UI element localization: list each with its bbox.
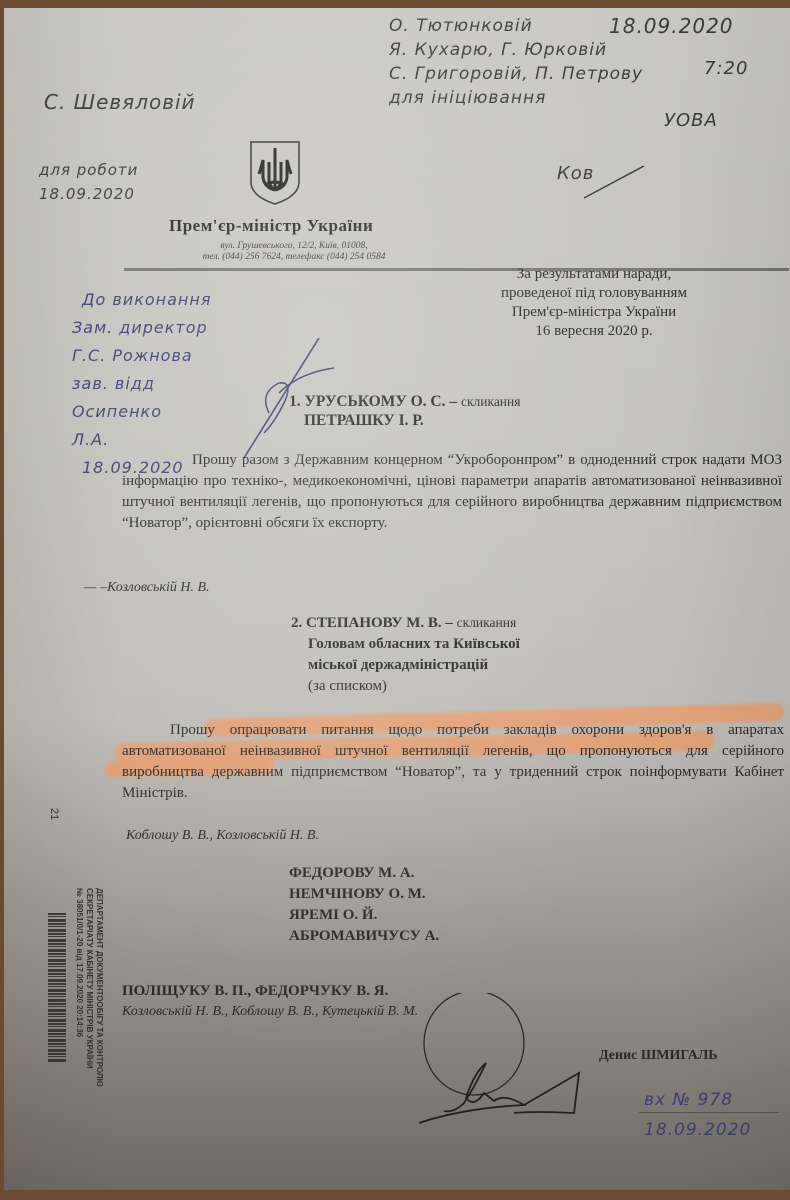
handwritten-line: Зам. директор: [72, 314, 211, 342]
stamp-line: № 38051/0/1-20 від 17.09.2020 20:14:36: [74, 888, 84, 1108]
stamp-line: ДЕПАРТАМЕНТ ДОКУМЕНТООБІГУ ТА КОНТРОЛЮ: [94, 888, 104, 1108]
handwritten-line: Осипенко: [72, 398, 211, 426]
ukraine-trident-emblem-icon: [247, 138, 303, 208]
incoming-registration: вх № 978 18.09.2020: [644, 1085, 751, 1145]
handwritten-addressee-left: С. Шевяловій: [44, 90, 196, 114]
resolution-date: 16 вересня 2020 р.: [474, 322, 714, 341]
recipient: НЕМЧІНОВУ О. М.: [289, 884, 439, 905]
item2-copy: Коблошу В. В., Козловській Н. В.: [126, 828, 319, 844]
recipient: ЯРЕМІ О. Й.: [289, 905, 439, 926]
document-page: О. Тютюнковій Я. Кухарю, Г. Юрковій С. Г…: [4, 8, 790, 1190]
resolution-line: За результатами наради,: [474, 265, 714, 284]
handwritten-line: Я. Кухарю, Г. Юрковій: [389, 38, 643, 62]
signer-name: Денис ШМИГАЛЬ: [599, 1048, 718, 1064]
recipients-list: ФЕДОРОВУ М. А. НЕМЧІНОВУ О. М. ЯРЕМІ О. …: [289, 863, 439, 947]
recipient: АБРОМАВИЧУСУ А.: [289, 926, 439, 947]
handwritten-line: О. Тютюнковій: [389, 14, 643, 38]
final-copy: Козловській Н. В., Коблошу В. В., Кутець…: [122, 1004, 418, 1020]
handwritten-line: для ініціювання: [389, 86, 643, 110]
item-number: 1.: [289, 393, 301, 410]
handwritten-line: 18.09.2020: [39, 182, 138, 206]
incoming-number: вх № 978: [644, 1085, 751, 1115]
handwritten-line: зав. відд: [72, 370, 211, 398]
item-addressee: СТЕПАНОВУ М. В. –: [306, 615, 453, 631]
handwritten-note: УОВА: [664, 110, 718, 131]
final-addressees: ПОЛІЩУКУ В. П., ФЕДОРЧУКУ В. Я.: [122, 983, 388, 1000]
item-co-addressee: Головам обласних та Київської: [291, 634, 520, 655]
handwritten-resolution-top-right: О. Тютюнковій Я. Кухарю, Г. Юрковій С. Г…: [389, 14, 643, 110]
item2-heading: 2. СТЕПАНОВУ М. В. – скликання Головам о…: [291, 612, 520, 697]
letterhead-title: Прем'єр-міністр України: [169, 216, 373, 236]
pm-signature-icon: [404, 993, 594, 1133]
incoming-date: 18.09.2020: [644, 1115, 751, 1145]
item-number: 2.: [291, 615, 302, 631]
item1-heading: 1. УРУСЬКОМУ О. С. – скликання: [289, 391, 520, 412]
item1-co-addressee: ПЕТРАШКУ І. Р.: [304, 412, 424, 430]
handwritten-date-top: 18.09.2020: [609, 14, 734, 38]
registration-stamp: ДЕПАРТАМЕНТ ДОКУМЕНТООБІГУ ТА КОНТРОЛЮ С…: [74, 888, 104, 1108]
item1-text: Прошу разом з Державним концерном “Укроб…: [122, 450, 782, 534]
handwritten-line: для роботи: [39, 158, 138, 182]
page-number: 21: [48, 808, 60, 820]
item1-copy: — –Козловській Н. В.: [84, 580, 210, 596]
item-role: скликання: [461, 394, 521, 409]
letterhead-address: вул. Грушевського, 12/2, Київ, 01008, те…: [194, 241, 394, 263]
barcode-icon: [48, 913, 66, 1063]
item-addressee: УРУСЬКОМУ О. С. –: [305, 393, 458, 410]
handwritten-stroke-icon: [574, 158, 654, 208]
handwritten-hour: 7:20: [704, 58, 748, 79]
resolution-line: Прем'єр-міністра України: [474, 303, 714, 322]
handwritten-line: С. Григоровій, П. Петрову: [389, 62, 643, 86]
phone-line: тел. (044) 256 7624, телефакс (044) 254 …: [194, 252, 394, 263]
resolution-line: проведеної під головуванням: [474, 284, 714, 303]
stamp-line: СЕКРЕТАРІАТУ КАБІНЕТУ МІНІСТРІВ УКРАЇНИ: [84, 888, 94, 1108]
item-co-addressee: міської держадміністрацій: [291, 655, 520, 676]
recipient: ФЕДОРОВУ М. А.: [289, 863, 439, 884]
item-co-note: (за списком): [291, 676, 520, 697]
item-role: скликання: [457, 615, 517, 630]
incoming-divider: [639, 1112, 779, 1113]
handwritten-note-left: для роботи 18.09.2020: [39, 158, 138, 206]
item2-text: Прошу опрацювати питання щодо потреби за…: [122, 720, 784, 804]
handwritten-line: До виконання: [72, 286, 211, 314]
address-line: вул. Грушевського, 12/2, Київ, 01008,: [194, 241, 394, 252]
resolution-header: За результатами наради, проведеної під г…: [474, 265, 714, 341]
handwritten-line: Г.С. Рожнова: [72, 342, 211, 370]
